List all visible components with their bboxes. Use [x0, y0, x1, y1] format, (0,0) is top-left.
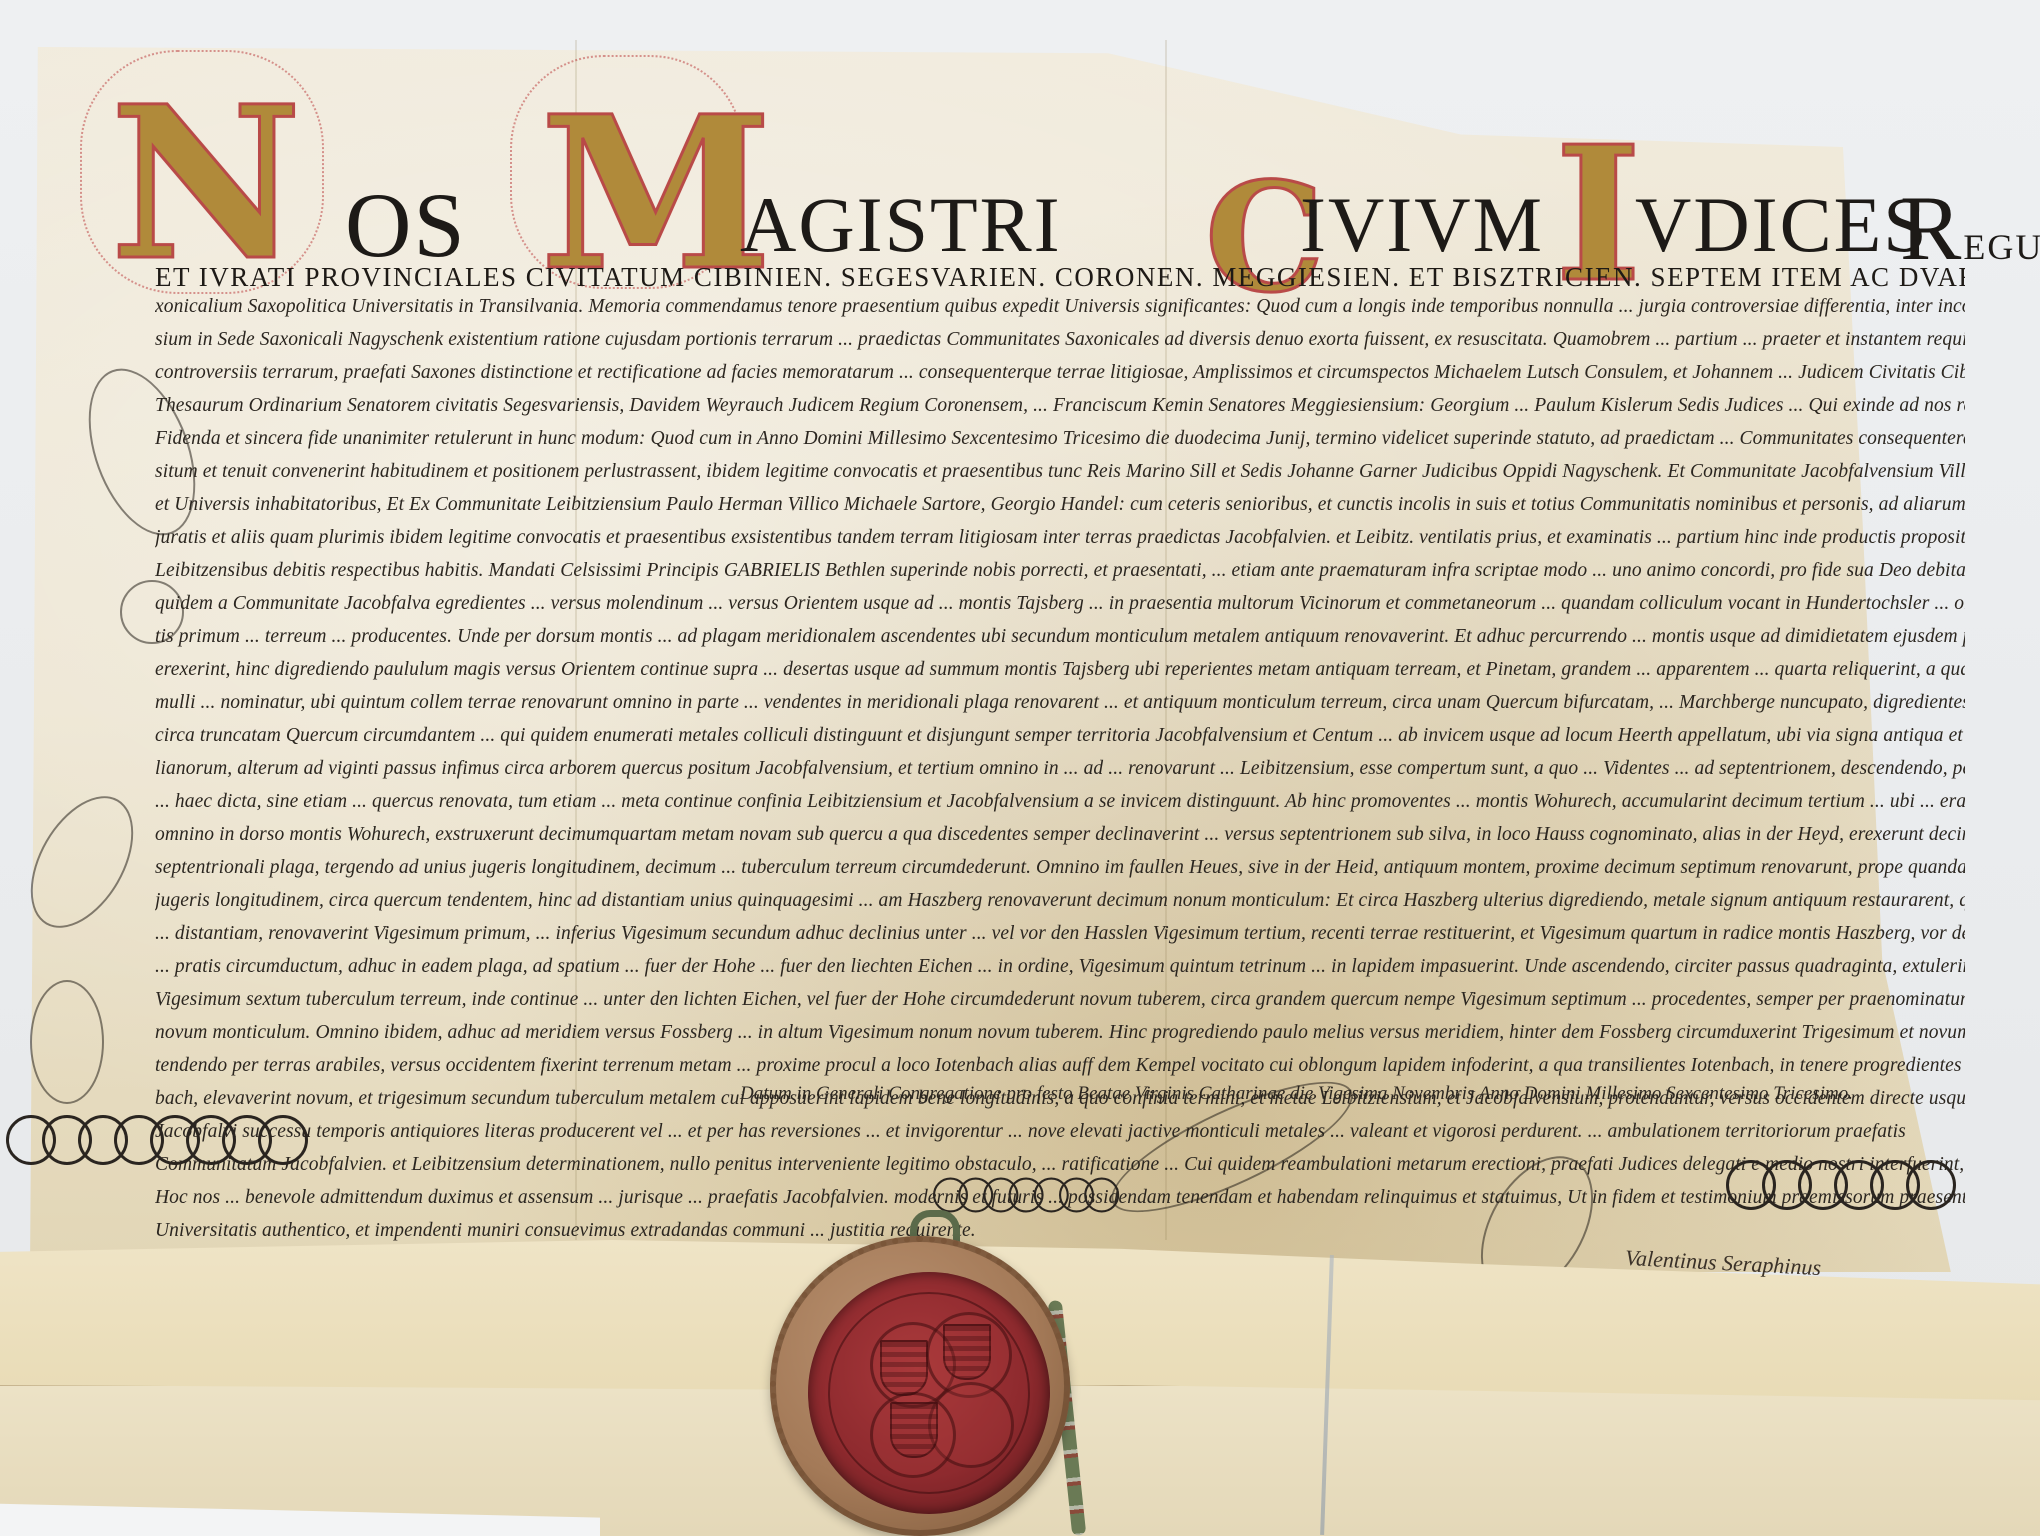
body-line: Fidenda et sincera fide unanimiter retul… — [155, 428, 1965, 461]
title-word-ivium: IVIVM — [1300, 180, 1544, 270]
body-line: omnino in dorso montis Wohurech, exstrux… — [155, 824, 1965, 857]
title-word-vdices: VDICES — [1635, 180, 1929, 270]
seal-crown-shield-icon — [943, 1324, 991, 1380]
body-line: novum monticulum. Omnino ibidem, adhuc a… — [155, 1022, 1965, 1055]
calligraphic-knot-right — [1740, 1160, 1956, 1210]
body-line: ET IVRATI PROVINCIALES CIVITATUM CIBINIE… — [155, 262, 1965, 296]
body-line: lianorum, alterum ad viginti passus infi… — [155, 758, 1965, 791]
margin-flourish — [120, 580, 184, 644]
document-photo: N OS M AGISTRI C IVIVM I VDICES REGU ET … — [0, 0, 2040, 1536]
body-line: xonicalium Saxopolitica Universitatis in… — [155, 296, 1965, 329]
dating-clause: Datum in Generali Congregatione pro fest… — [740, 1083, 1853, 1105]
red-wax-seal — [808, 1272, 1050, 1514]
body-line: Thesaurum Ordinarium Senatorem civitatis… — [155, 395, 1965, 428]
body-line: Leibitzensibus debitis respectibus habit… — [155, 560, 1965, 593]
title-word-agistri: AGISTRI — [740, 180, 1062, 270]
body-line: jugeris longitudinem, circa quercum tend… — [155, 890, 1965, 923]
body-line: et Universis inhabitatoribus, Et Ex Comm… — [155, 494, 1965, 527]
seal-shield-icon — [890, 1402, 938, 1458]
body-line: Jacobfalvi successu temporis antiquiores… — [155, 1121, 1965, 1154]
body-line: sium in Sede Saxonicali Nagyschenk exist… — [155, 329, 1965, 362]
body-line: ... distantiam, renovaverint Vigesimum p… — [155, 923, 1965, 956]
body-line: mulli ... nominatur, ubi quintum collem … — [155, 692, 1965, 725]
body-line: quidem a Communitate Jacobfalva egredien… — [155, 593, 1965, 626]
body-line: ... pratis circumductum, adhuc in eadem … — [155, 956, 1965, 989]
title-line: N OS M AGISTRI C IVIVM I VDICES REGU — [100, 60, 2000, 260]
body-line: situm et tenuit convenerint habitudinem … — [155, 461, 1965, 494]
title-letters-egu: EGU — [1963, 227, 2040, 267]
calligraphic-knot-center — [943, 1178, 1119, 1213]
body-line: ... haec dicta, sine etiam ... quercus r… — [155, 791, 1965, 824]
body-line: septentrionali plaga, tergendo ad unius … — [155, 857, 1965, 890]
calligraphic-knot-left — [20, 1115, 308, 1165]
body-line: controversiis terrarum, praefati Saxones… — [155, 362, 1965, 395]
seal-shield-icon — [880, 1340, 928, 1396]
body-line: Vigesimum sextum tuberculum terreum, ind… — [155, 989, 1965, 1022]
body-line: erexerint, hinc digrediendo paululum mag… — [155, 659, 1965, 692]
body-line: juratis et aliis quam plurimis ibidem le… — [155, 527, 1965, 560]
margin-flourish — [30, 980, 104, 1104]
body-line: tis primum ... terreum ... producentes. … — [155, 626, 1965, 659]
body-line: circa truncatam Quercum circumdantem ...… — [155, 725, 1965, 758]
